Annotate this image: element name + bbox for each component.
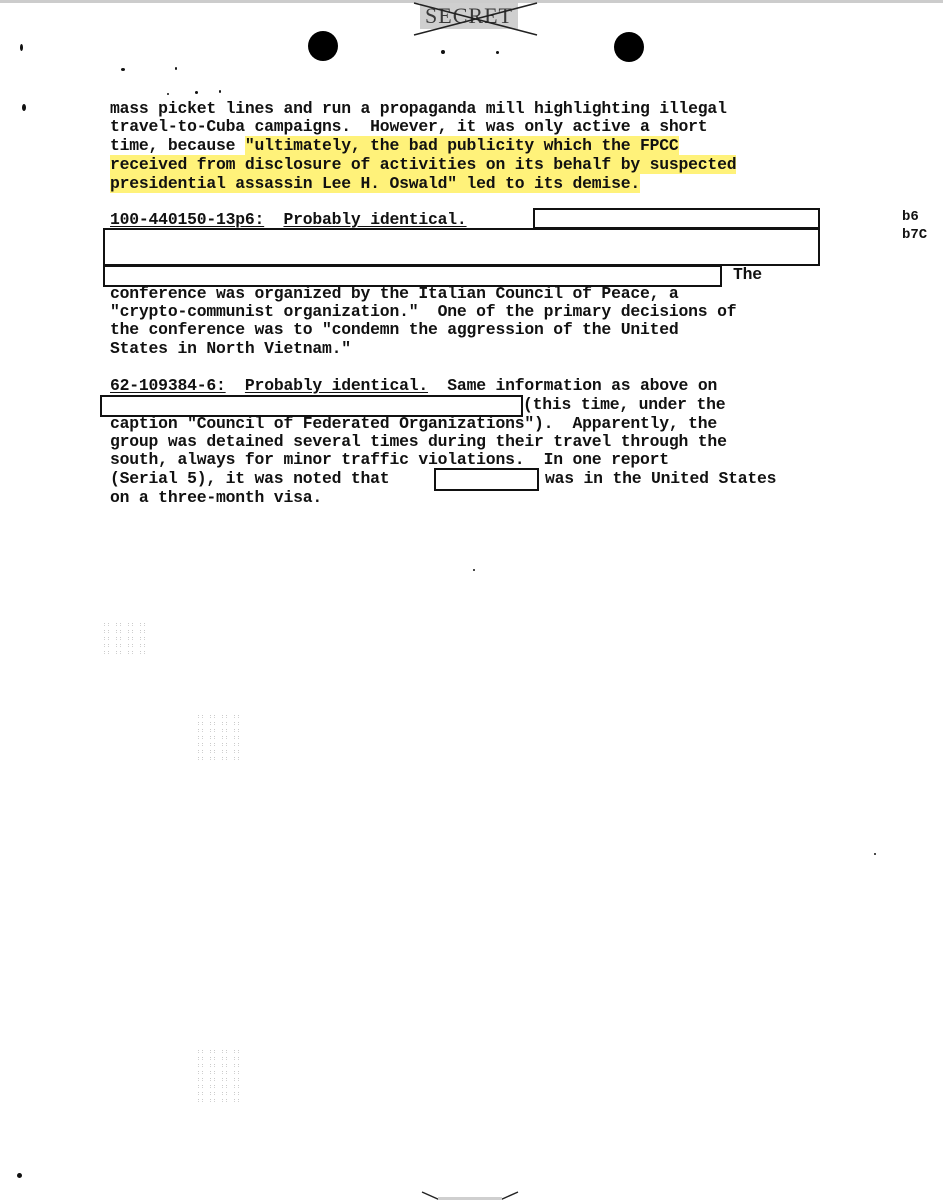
scan-speck [167,93,169,95]
lead-phrase: Probably identical. [245,376,428,395]
file-number: 62-109384-6: [110,376,226,395]
highlighted-quote: received from disclosure of activities o… [110,155,736,174]
text-segment [226,376,245,395]
paragraph-2-after-redaction: The [733,266,762,284]
paragraph-2-line: States in North Vietnam." [110,340,351,358]
redaction-box [434,468,539,491]
paragraph-1-line-1: mass picket lines and run a propaganda m… [110,100,727,118]
scan-speck [22,104,26,111]
exemption-code: b6 [902,209,919,225]
text-segment: time, because [110,136,245,155]
paragraph-3-line-2: (this time, under the [523,396,725,414]
text-segment: Same information as above on [447,376,717,395]
paragraph-3-serial-post: was in the United States [545,470,776,488]
scan-speck [17,1173,22,1178]
paragraph-3-last-line: on a three-month visa. [110,489,322,507]
lead-phrase: Probably identical. [283,210,466,229]
paragraph-2-line-1: 100-440150-13p6: Probably identical. [110,211,467,229]
scan-speck [195,91,198,94]
paragraph-1-line-4: received from disclosure of activities o… [110,156,736,174]
punch-hole-left [308,31,338,61]
paragraph-3-line: south, always for minor traffic violatio… [110,451,669,469]
bleed-through-mark: :: :: :: :: :: :: :: :: :: :: :: :: :: :… [103,622,147,657]
paragraph-1-line-2: travel-to-Cuba campaigns. However, it wa… [110,118,707,136]
paragraph-2-line: "crypto-communist organization." One of … [110,303,736,321]
document-page: SECRET mass picket lines and run a propa… [0,0,943,1200]
highlighted-quote: "ultimately, the bad publicity which the… [245,136,679,155]
paragraph-2-line: conference was organized by the Italian … [110,285,679,303]
redaction-box [533,208,820,229]
highlighted-quote: presidential assassin Lee H. Oswald" led… [110,174,640,193]
scan-speck [219,90,221,93]
scan-speck [441,50,445,54]
paragraph-1-line-5: presidential assassin Lee H. Oswald" led… [110,175,640,193]
paragraph-3-line: caption "Council of Federated Organizati… [110,415,717,433]
bleed-through-mark: :: :: :: :: :: :: :: :: :: :: :: :: :: :… [197,1049,241,1105]
bleed-through-mark: :: :: :: :: :: :: :: :: :: :: :: :: :: :… [197,714,241,763]
scan-speck [473,569,475,571]
scan-speck [874,853,876,855]
paragraph-3-line-1: 62-109384-6: Probably identical. Same in… [110,377,717,395]
paragraph-3-serial-pre: (Serial 5), it was noted that [110,470,389,488]
scan-speck [496,51,499,54]
strike-out-x-icon [420,1190,520,1200]
punch-hole-right [614,32,644,62]
text-segment [428,376,447,395]
paragraph-2-line: the conference was to "condemn the aggre… [110,321,679,339]
scan-speck [20,44,23,51]
paragraph-1-line-3: time, because "ultimately, the bad publi… [110,137,679,155]
paragraph-3-line: group was detained several times during … [110,433,727,451]
text-segment [264,210,283,229]
redaction-box [103,228,820,266]
scan-speck [175,67,177,70]
scan-speck [121,68,125,71]
strike-out-x-icon [410,0,540,40]
exemption-code: b7C [902,227,927,243]
file-number: 100-440150-13p6: [110,210,264,229]
